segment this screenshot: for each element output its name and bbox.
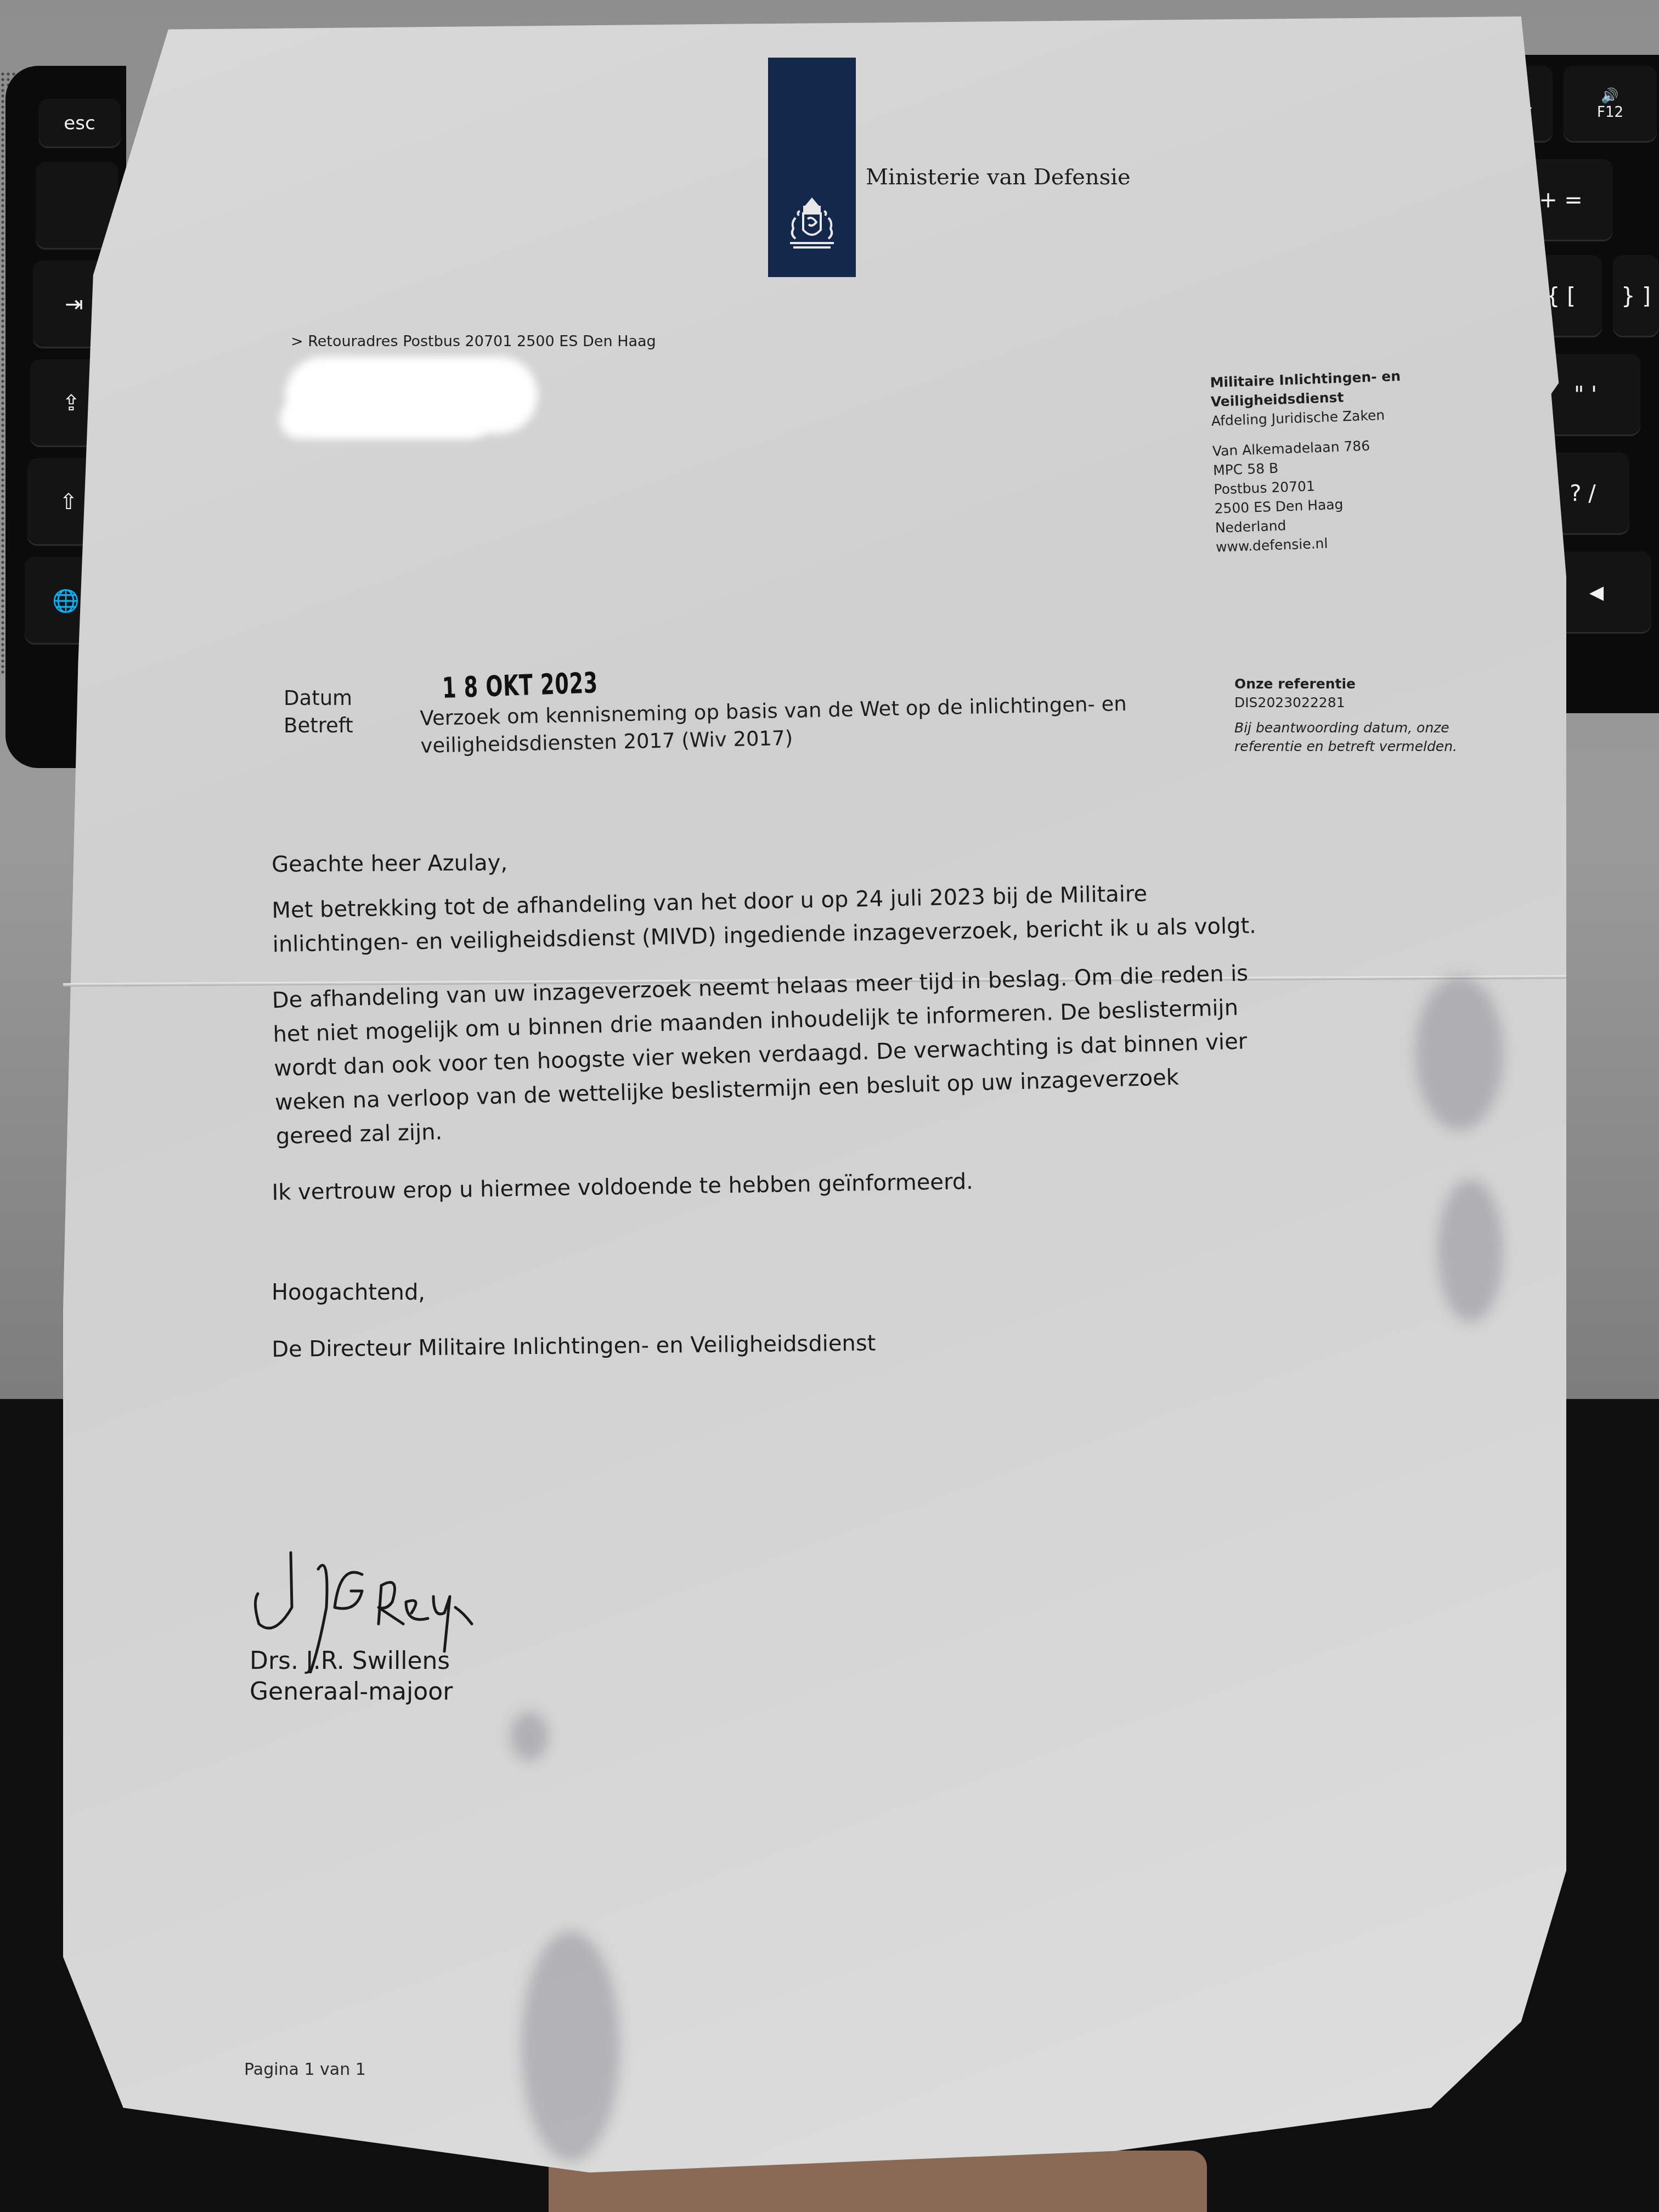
letter-body: Geachte heer Azulay, Met betrekking tot … [272,848,1259,1367]
key-f12: 🔊F12 [1564,66,1657,143]
key-label: ? / [1570,481,1595,506]
paper-smudge [510,1712,549,1761]
signer-name: Drs. J.R. Swillens [250,1646,453,1677]
reference-number: DIS2023022281 [1234,693,1465,712]
paper-smudge [521,1931,620,2162]
meta-labels: Datum Betreft [284,685,353,740]
speaker-volume-icon: 🔊 [1601,88,1619,104]
key-escape: esc [38,99,121,148]
salutation: Geachte heer Azulay, [272,840,1259,882]
letterhead-banner [768,58,856,277]
key-label: + = [1539,188,1583,213]
subject-label: Betreft [284,712,353,740]
key-bracket-right: } ] [1613,255,1659,337]
reference-note: Bij beantwoording datum, onze referentie… [1234,719,1465,756]
body-paragraph: Ik vertrouw erop u hiermee voldoende te … [272,1160,1260,1210]
date-stamp: 1 8 OKT 2023 [442,667,599,705]
recipient-redacted [280,400,488,439]
reference-block: Onze referentie DIS2023022281 Bij beantw… [1234,675,1465,756]
key-label: " ' [1574,382,1597,408]
sender-block: Militaire Inlichtingen- en Veiligheidsdi… [1210,366,1407,557]
signatory-title: De Directeur Militaire Inlichtingen- en … [272,1322,1260,1367]
capslock-icon: ⇪ [62,391,81,416]
key-label: F12 [1597,104,1623,121]
coat-of-arms-icon [779,196,845,256]
key-label: } ] [1621,284,1651,309]
globe-icon: 🌐 [52,588,80,614]
paper-smudge [1415,977,1503,1130]
tab-icon: ⇥ [65,292,83,317]
closing: Hoogachtend, [272,1276,1259,1310]
return-address: > Retouradres Postbus 20701 2500 ES Den … [291,333,656,350]
body-paragraph: De afhandeling van uw inzageverzoek neem… [272,956,1263,1154]
body-paragraph: Met betrekking tot de afhandeling van he… [272,874,1260,962]
reference-label: Onze referentie [1234,675,1465,693]
ministry-name: Ministerie van Defensie [866,165,1131,190]
arrow-left-icon: ◀ [1589,582,1604,603]
key-label: esc [64,112,95,134]
signer-rank: Generaal-majoor [250,1677,453,1707]
signer-block: Drs. J.R. Swillens Generaal-majoor [250,1646,453,1707]
shift-icon: ⇧ [59,489,78,515]
paper-smudge [1437,1180,1503,1322]
date-label: Datum [284,685,353,712]
page-number: Pagina 1 van 1 [244,2060,366,2079]
